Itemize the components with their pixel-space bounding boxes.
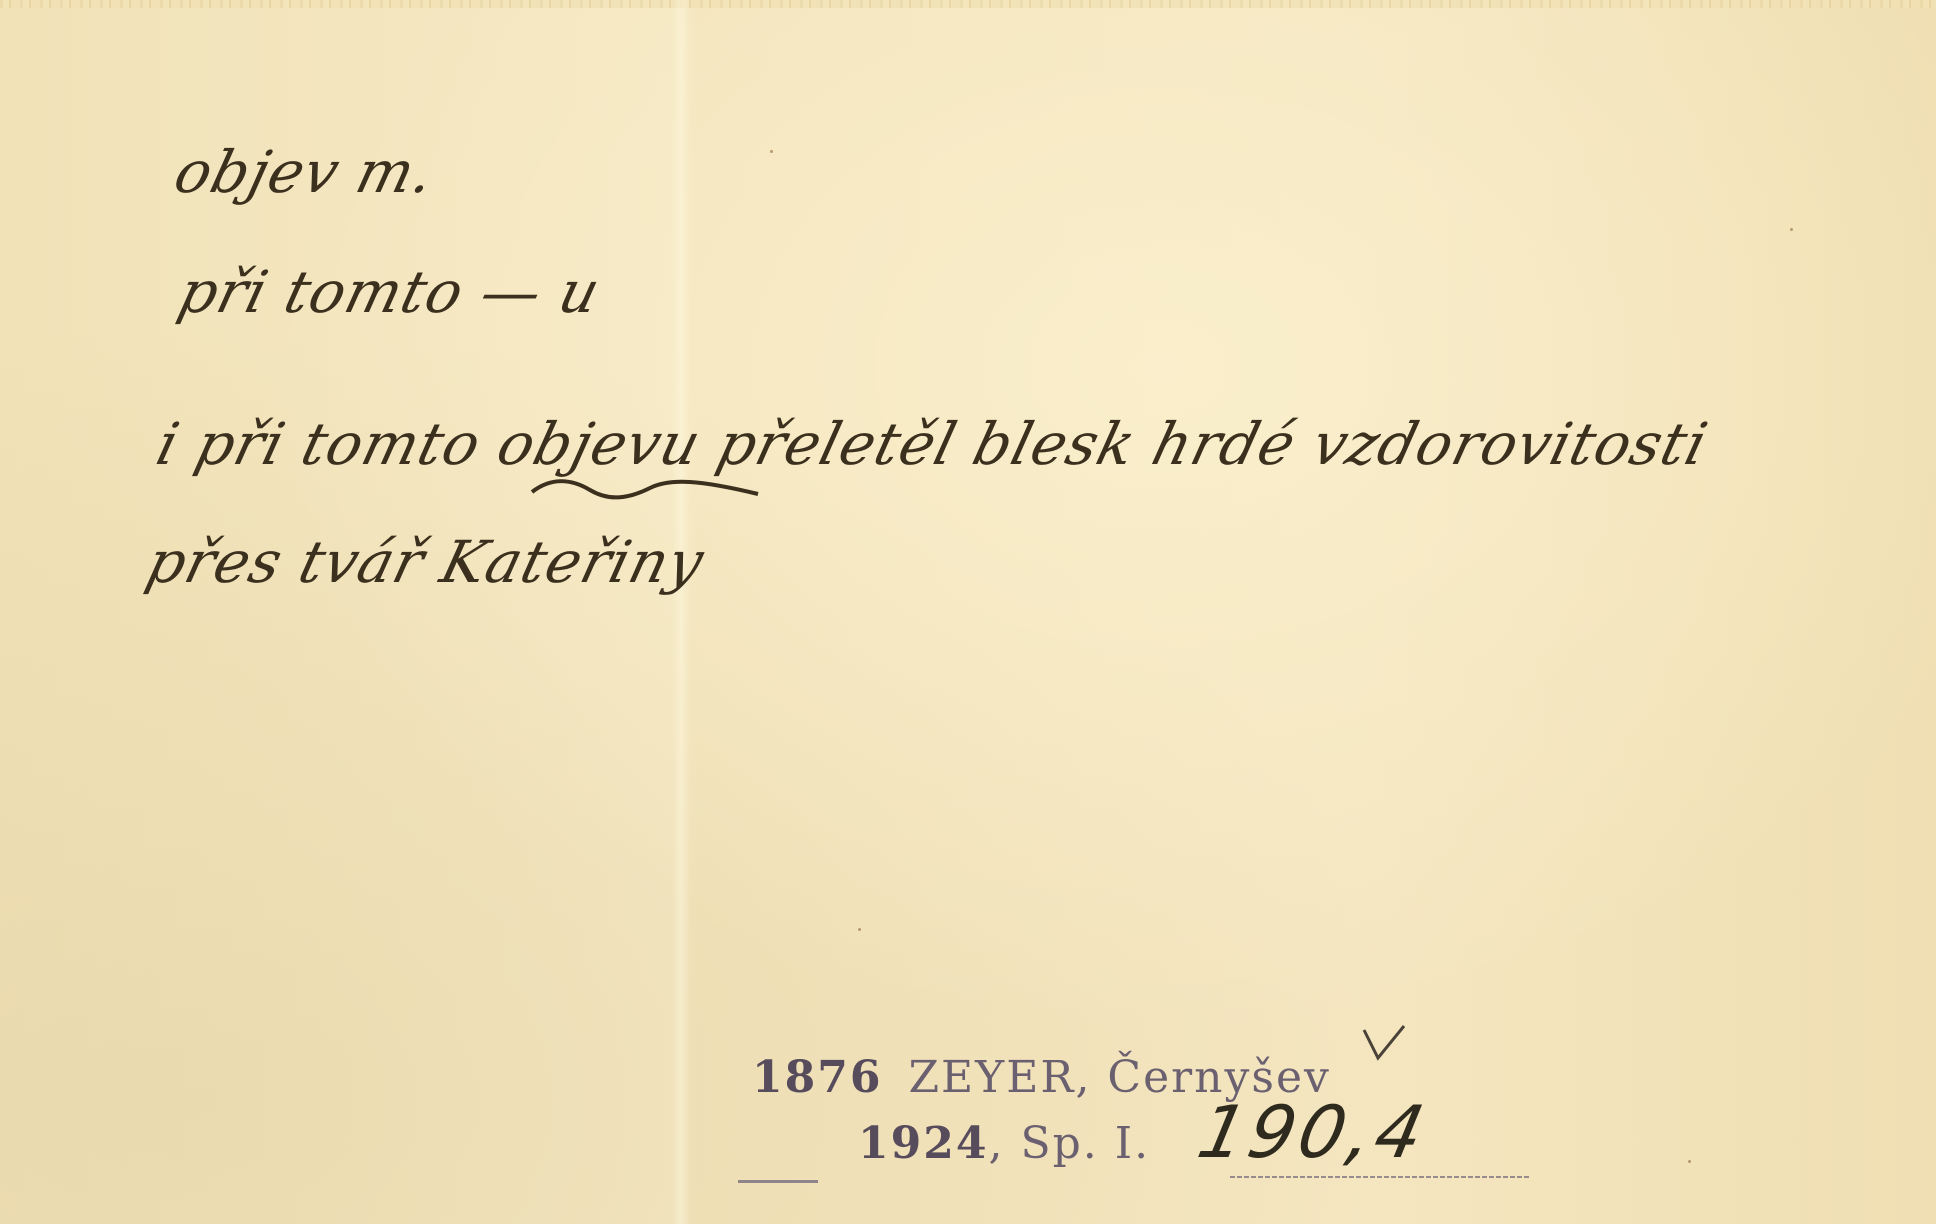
stamp-line-2: 1924, Sp. I. bbox=[858, 1118, 1150, 1169]
paper-speck bbox=[1790, 228, 1793, 231]
handwritten-line-2: při tomto — u bbox=[172, 258, 607, 326]
stamp-number-1: 1876 bbox=[752, 1052, 882, 1103]
handwritten-page-number: 190,4 bbox=[1191, 1090, 1435, 1174]
paper-speck bbox=[770, 150, 773, 153]
card-top-edge bbox=[0, 0, 1936, 8]
index-card: objev m. při tomto — u i při tomto objev… bbox=[0, 0, 1936, 1224]
checkmark-icon bbox=[1360, 1022, 1406, 1062]
stamp-number-2: 1924 bbox=[858, 1118, 988, 1169]
handwritten-line-4: přes tvář Kateřiny bbox=[140, 528, 711, 596]
stamp-rule-left bbox=[738, 1180, 818, 1183]
handwritten-line-1: objev m. bbox=[168, 138, 442, 206]
stamp-rule-right bbox=[1230, 1176, 1530, 1178]
wavy-underline-icon bbox=[530, 470, 760, 500]
paper-speck bbox=[858, 928, 861, 931]
paper-speck bbox=[1688, 1160, 1691, 1163]
handwritten-line-3: i při tomto objevu přeletěl blesk hrdé v… bbox=[150, 410, 1715, 478]
paper-fold-line bbox=[672, 0, 690, 1224]
stamp-reference: , Sp. I. bbox=[988, 1118, 1150, 1169]
